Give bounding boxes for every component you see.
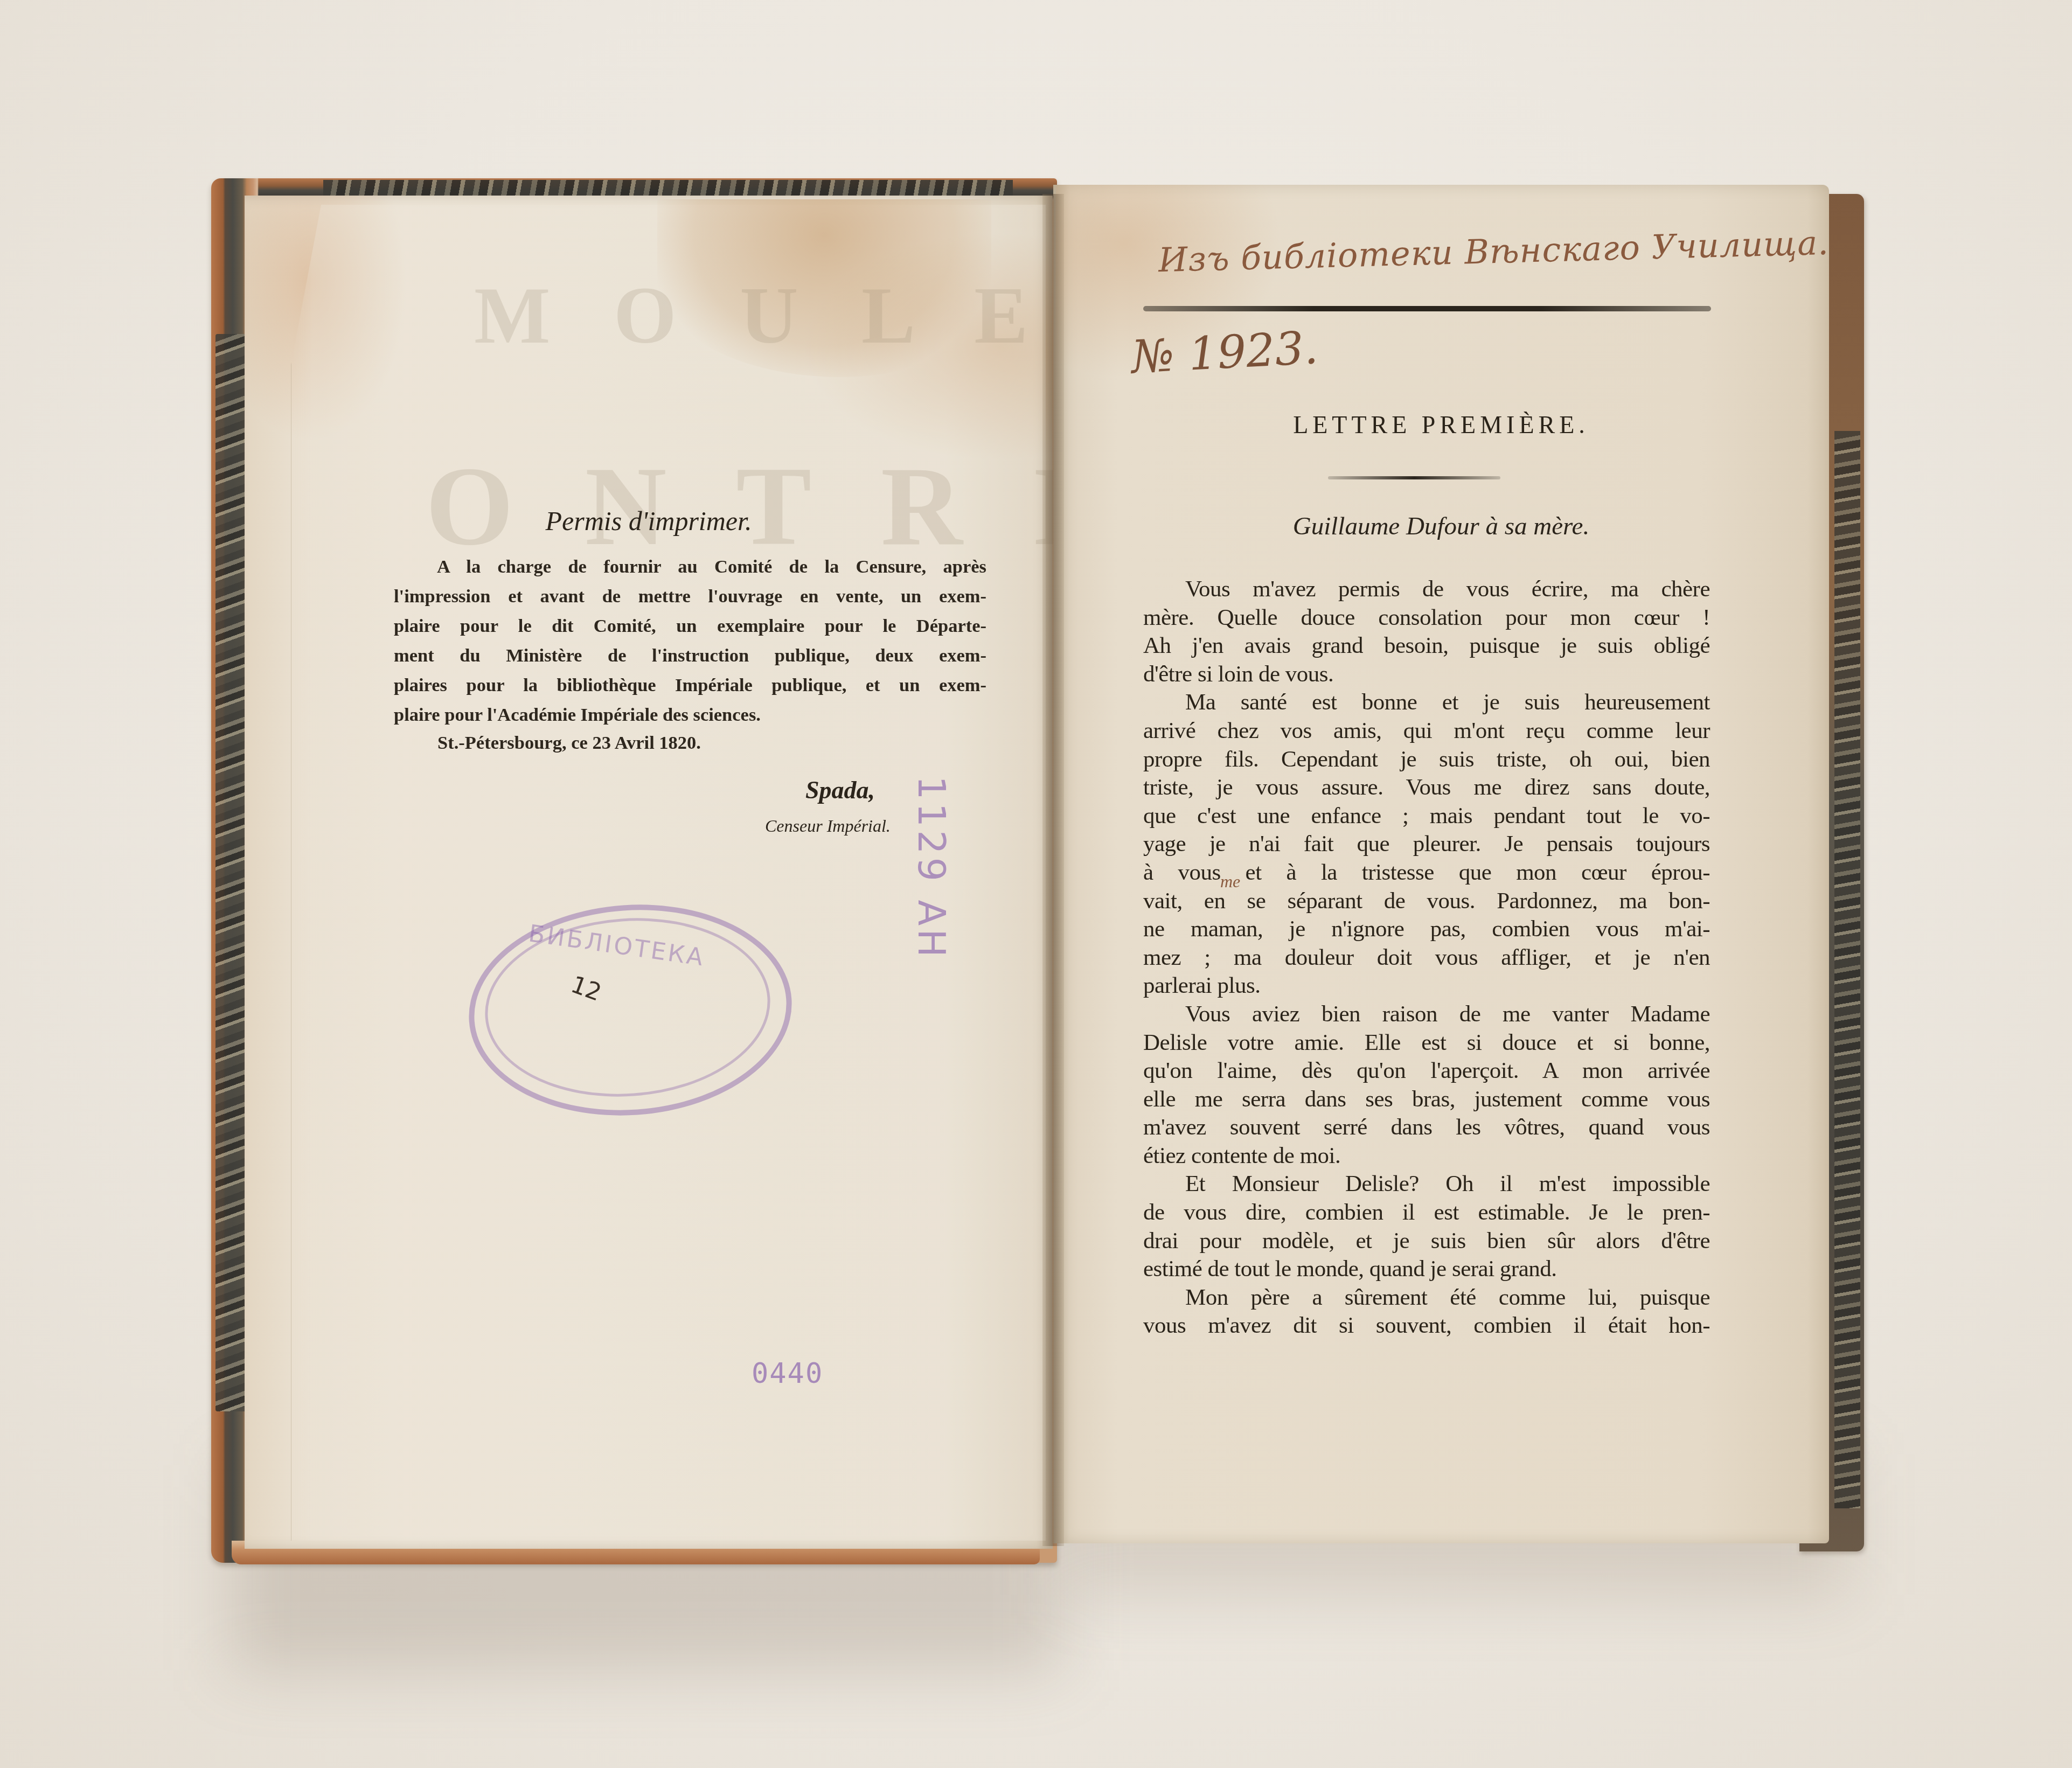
letter-line: arrivé chez vos amis, qui m'ont reçu com… [1143, 717, 1710, 746]
letter-line: parlerai plus. [1143, 972, 1710, 1000]
letter-body: Vous m'avez permis de vous écrire, ma ch… [1143, 575, 1710, 1340]
letter-line: vait, en se séparant de vous. Pardonnez,… [1143, 887, 1710, 916]
letter-line: que c'est une enfance ; mais pendant tou… [1143, 802, 1710, 831]
marbled-board-right [1834, 431, 1860, 1508]
permis-line: plaires pour la bibliothèque Impériale p… [394, 671, 986, 700]
letter-line: propre fils. Cependant je suis triste, o… [1143, 746, 1710, 774]
letter-line: Ma santé est bonne et je suis heureuseme… [1143, 688, 1710, 717]
letter-line: Vous m'avez permis de vous écrire, ma ch… [1143, 575, 1710, 604]
permis-line: A la charge de fournir au Comité de la C… [394, 552, 986, 582]
letter-line: Ah j'en avais grand besoin, puisque je s… [1143, 632, 1710, 660]
inventory-number-vertical: 1129 АН [909, 776, 954, 960]
letter-title: LETTRE PREMIÈRE. [1053, 410, 1829, 439]
letter-line: à vous et à la tristesse que mon cœur ép… [1143, 859, 1710, 887]
letter-line: qu'on l'aime, dès qu'on l'aperçoit. A mo… [1143, 1057, 1710, 1085]
marbled-board-left [215, 334, 247, 1411]
letter-line: Mon père a sûrement été comme lui, puisq… [1143, 1284, 1710, 1312]
permis-line: ment du Ministère de l'instruction publi… [394, 641, 986, 671]
bleed-through-text: M O U L E [474, 269, 1049, 362]
book-gutter [1042, 194, 1064, 1546]
letter-line: Vous aviez bien raison de me vanter Mada… [1143, 1000, 1710, 1029]
letter-line: triste, je vous assure. Vous me direz sa… [1143, 774, 1710, 802]
letter-line: Delisle votre amie. Elle est si douce et… [1143, 1029, 1710, 1057]
letter-line: étiez contente de moi. [1143, 1142, 1710, 1171]
header-rule [1143, 306, 1711, 311]
permis-line: plaire pour le dit Comité, un exemplaire… [394, 611, 986, 641]
letter-line: mez ; ma douleur doit vous affliger, et … [1143, 944, 1710, 972]
permis-line: l'impression et avant de mettre l'ouvrag… [394, 582, 986, 611]
letter-line: estimé de tout le monde, quand je serai … [1143, 1255, 1710, 1284]
permis-title: Permis d'imprimer. [245, 505, 1053, 537]
marbled-board-top-edge [323, 180, 1013, 197]
inventory-stamp-number: 0440 [752, 1358, 823, 1390]
letter-line: drai pour modèle, et je suis bien sûr al… [1143, 1227, 1710, 1256]
letter-line: m'avez souvent serré dans les vôtres, qu… [1143, 1113, 1710, 1142]
censor-signature: Spada, [805, 776, 875, 804]
censor-title: Censeur Impérial. [765, 816, 891, 836]
shelf-number: № 1923. [1130, 321, 1319, 384]
letter-line: yage je n'ai fait que pleurer. Je pensai… [1143, 830, 1710, 859]
letter-line: vous m'avez dit si souvent, combien il é… [1143, 1312, 1710, 1340]
permis-date: St.-Pétersbourg, ce 23 Avril 1820. [437, 733, 701, 754]
letter-line: mère. Quelle douce consolation pour mon … [1143, 604, 1710, 632]
letter-line: de vous dire, combien il est estimable. … [1143, 1199, 1710, 1227]
title-rule [1328, 476, 1500, 479]
letter-line: Et Monsieur Delisle? Oh il m'est impossi… [1143, 1170, 1710, 1199]
letter-line: ne maman, je n'ignore pas, combien vous … [1143, 915, 1710, 944]
letter-line: elle me serra dans ses bras, justement c… [1143, 1085, 1710, 1114]
permis-body: A la charge de fournir au Comité de la C… [394, 552, 986, 730]
permis-line: plaire pour l'Académie Impériale des sci… [394, 700, 986, 730]
letter-line: d'être si loin de vous. [1143, 660, 1710, 689]
letter-heading: Guillaume Dufour à sa mère. [1053, 512, 1829, 541]
